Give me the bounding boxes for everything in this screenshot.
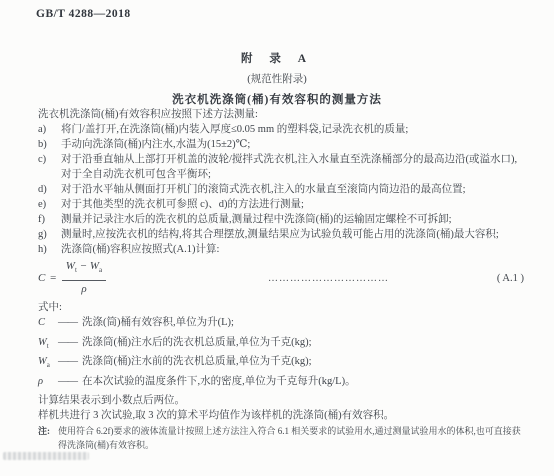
where-label: 式中: [38,300,524,315]
appendix-heading: 洗衣机洗涤筒(桶)有效容积的测量方法 [0,91,554,107]
standard-number: GB/T 4288—2018 [36,8,131,20]
definition-text: 洗涤(筒)桶有效容积,单位为升(L); [82,315,524,335]
definition-dash: —— [58,315,82,335]
formula-a1: C = Wt − Wa ρ …………………………… ( A.1 ) [38,258,524,298]
definition-text: 在本次试验的温度条件下,水的密度,单位为千克每升(kg/L)。 [82,374,524,394]
symbol-definition: Wt —— 洗涤筒(桶)注水后的洗衣机总质量,单位为千克(kg); [38,335,524,355]
watermark-smudge [3,452,89,460]
list-item: c) 对于沿垂直轴从上部打开机盖的波轮/搅拌式洗衣机,注入水量直至洗涤桶部分的最… [38,152,524,182]
formula-lhs: C [38,271,45,286]
definition-dash: —— [58,354,82,374]
list-item-text: 将门/盖打开,在洗涤筒(桶)内装入厚度≤0.05 mm 的塑料袋,记录洗衣机的质… [61,122,524,137]
symbol: C [38,315,58,335]
list-item-label: h) [38,242,61,257]
list-item: b) 手动向洗涤筒(桶)内注水,水温为(15±2)℃; [38,137,524,152]
appendix-subtitle: (规范性附录) [0,71,554,86]
list-item: g) 测量时,应按洗衣机的结构,将其合理摆放,测量结果应为试验负载可能占用的洗涤… [38,227,524,242]
formula-number: ( A.1 ) [497,271,524,286]
list-item-text: 手动向洗涤筒(桶)内注水,水温为(15±2)℃; [61,137,524,152]
list-item: f) 测量并记录注水后的洗衣机的总质量,测量过程中洗涤筒(桶)的运输固定螺栓不可… [38,212,524,227]
symbol-definition: C —— 洗涤(筒)桶有效容积,单位为升(L); [38,315,524,335]
definition-text: 洗涤筒(桶)注水后的洗衣机总质量,单位为千克(kg); [82,335,524,355]
appendix-title: 附 录 A [0,50,554,66]
list-item-text: 对于其他类型的洗衣机可参照 c)、d)的方法进行测量; [61,197,524,212]
list-item-label: a) [38,122,61,137]
list-item-text: 测量并记录注水后的洗衣机的总质量,测量过程中洗涤筒(桶)的运输固定螺栓不可拆卸; [61,212,524,227]
list-item: h) 洗涤筒(桶)容积应按照式(A.1)计算: [38,242,524,257]
fraction-denominator: ρ [62,281,106,297]
definition-text: 洗涤筒(桶)注水前的洗衣机总质量,单位为千克(kg); [82,354,524,374]
body-text: 洗衣机洗涤筒(桶)有效容积应按照下述方法测量: a) 将门/盖打开,在洗涤筒(桶… [38,107,524,452]
symbol: Wa [38,354,58,374]
note-label: 注: [38,424,58,452]
list-item: a) 将门/盖打开,在洗涤筒(桶)内装入厚度≤0.05 mm 的塑料袋,记录洗衣… [38,122,524,137]
result-precision-paragraph: 计算结果表示到小数点后两位。 [38,393,524,408]
list-item-text: 对于沿水平轴从侧面打开机门的滚筒式洗衣机,注入的水量直至滚筒内筒边沿的最高位置; [61,182,524,197]
list-item-label: g) [38,227,61,242]
definition-dash: —— [58,335,82,355]
document-page: GB/T 4288—2018 附 录 A (规范性附录) 洗衣机洗涤筒(桶)有效… [0,0,554,476]
dotted-leader: …………………………… [240,271,497,286]
formula-fraction: C = Wt − Wa ρ [38,259,106,296]
list-item-label: b) [38,137,61,152]
list-item-text: 洗涤筒(桶)容积应按照式(A.1)计算: [61,242,524,257]
list-item: d) 对于沿水平轴从侧面打开机门的滚筒式洗衣机,注入的水量直至滚筒内筒边沿的最高… [38,182,524,197]
list-item-text: 对于沿垂直轴从上部打开机盖的波轮/搅拌式洗衣机,注入水量直至洗涤桶部分的最高边沿… [61,152,524,182]
symbol-definition: Wa —— 洗涤筒(桶)注水前的洗衣机总质量,单位为千克(kg); [38,354,524,374]
fraction-stack: Wt − Wa ρ [62,259,106,296]
definition-dash: —— [58,374,82,394]
note-text: 使用符合 6.2f)要求的液体流量计按照上述方法注入符合 6.1 相关要求的试验… [58,424,524,452]
list-item-label: f) [38,212,61,227]
test-average-paragraph: 样机共进行 3 次试验,取 3 次的算术平均值作为该样机的洗涤筒(桶)有效容积。 [38,408,524,423]
appendix-title-block: 附 录 A (规范性附录) 洗衣机洗涤筒(桶)有效容积的测量方法 [0,50,554,107]
symbol-definitions: C —— 洗涤(筒)桶有效容积,单位为升(L); Wt —— 洗涤筒(桶)注水后… [38,315,524,393]
list-item-label: c) [38,152,61,182]
equals-sign: = [49,271,56,286]
list-item-text: 测量时,应按洗衣机的结构,将其合理摆放,测量结果应为试验负载可能占用的洗涤筒(桶… [61,227,524,242]
list-item-label: d) [38,182,61,197]
intro-paragraph: 洗衣机洗涤筒(桶)有效容积应按照下述方法测量: [38,107,524,122]
symbol: Wt [38,335,58,355]
list-item: e) 对于其他类型的洗衣机可参照 c)、d)的方法进行测量; [38,197,524,212]
fraction-numerator: Wt − Wa [62,259,106,280]
formula-expression: C = Wt − Wa ρ [38,259,240,296]
symbol-definition: ρ —— 在本次试验的温度条件下,水的密度,单位为千克每升(kg/L)。 [38,374,524,394]
list-item-label: e) [38,197,61,212]
method-list: a) 将门/盖打开,在洗涤筒(桶)内装入厚度≤0.05 mm 的塑料袋,记录洗衣… [38,122,524,257]
symbol: ρ [38,374,58,394]
note: 注: 使用符合 6.2f)要求的液体流量计按照上述方法注入符合 6.1 相关要求… [38,424,524,452]
